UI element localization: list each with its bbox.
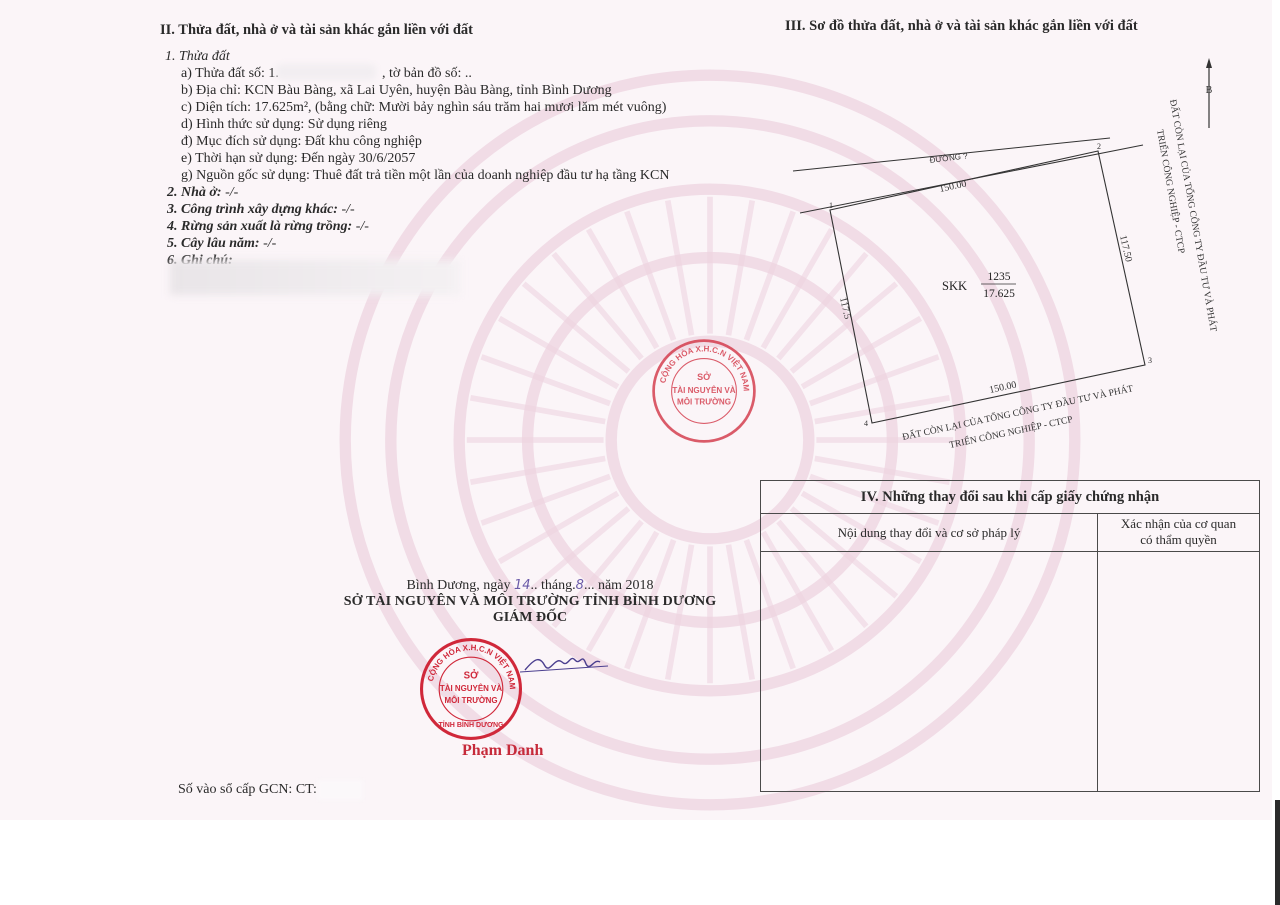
usage-purpose: đ) Mục đích sử dụng: Đất khu công nghiệp bbox=[181, 133, 422, 150]
parcel-number: a) Thửa đất số: 1. bbox=[181, 65, 279, 82]
parcel-diagram: B ĐƯỜNG ? 1 2 3 4 150.00 117.50 150.00 1… bbox=[780, 40, 1240, 480]
redacted-parcel-number bbox=[276, 64, 376, 80]
road-label: ĐƯỜNG ? bbox=[929, 151, 968, 165]
issue-date: Bình Dương, ngày 14.. tháng.8... năm 201… bbox=[330, 578, 730, 594]
issue-day: 14 bbox=[514, 578, 531, 593]
authority-confirmation-cell bbox=[1098, 552, 1259, 792]
parcel-code: SKK bbox=[942, 279, 967, 293]
svg-text:B: B bbox=[1206, 85, 1213, 96]
column-authority-line1: Xác nhận của cơ quan bbox=[1098, 516, 1259, 532]
item-perennial: 5. Cây lâu năm: -/- bbox=[167, 235, 276, 252]
area: c) Diện tích: 17.625m², (bằng chữ: Mười … bbox=[181, 99, 666, 116]
signature-block: Bình Dương, ngày 14.. tháng.8... năm 201… bbox=[330, 578, 730, 626]
column-authority-line2: có thẩm quyền bbox=[1098, 532, 1259, 548]
svg-text:2: 2 bbox=[1097, 142, 1101, 151]
edge-top-length: 150.00 bbox=[938, 178, 967, 194]
column-change-content: Nội dung thay đổi và cơ sở pháp lý bbox=[761, 514, 1098, 551]
svg-text:MÔI TRƯỜNG: MÔI TRƯỜNG bbox=[677, 398, 731, 407]
signer-role: GIÁM ĐỐC bbox=[330, 610, 730, 626]
redacted-registration bbox=[318, 780, 363, 800]
svg-text:3: 3 bbox=[1148, 356, 1152, 365]
seal-stamp: CỘNG HÒA X.H.C.N VIỆT NAM SỞ TÀI NGUYÊN … bbox=[417, 636, 525, 742]
parcel-boundary bbox=[830, 151, 1145, 423]
usage-origin: g) Nguồn gốc sử dụng: Thuê đất trả tiền … bbox=[181, 167, 669, 184]
svg-text:SỞ: SỞ bbox=[464, 669, 479, 681]
item-other-construction-label: 3. Công trình xây dựng khác: bbox=[167, 202, 338, 217]
issue-month: 8 bbox=[576, 578, 584, 593]
svg-text:1: 1 bbox=[829, 201, 833, 210]
svg-text:TÀI NGUYÊN VÀ: TÀI NGUYÊN VÀ bbox=[672, 386, 735, 395]
item-forest-label: 4. Rừng sản xuất là rừng trồng: bbox=[167, 219, 352, 234]
svg-text:MÔI TRƯỜNG: MÔI TRƯỜNG bbox=[444, 696, 497, 705]
usage-form: d) Hình thức sử dụng: Sử dụng riêng bbox=[181, 116, 387, 133]
svg-text:4: 4 bbox=[864, 419, 868, 428]
item-house-label: 2. Nhà ở: bbox=[167, 185, 222, 200]
registration-number: Số vào sổ cấp GCN: CT: bbox=[178, 782, 317, 798]
change-content-cell bbox=[761, 552, 1098, 792]
map-sheet-number: , tờ bản đồ số: .. bbox=[382, 65, 472, 82]
edge-left-length: 117.5 bbox=[837, 296, 853, 320]
section-2-title: II. Thửa đất, nhà ở và tài sản khác gắn … bbox=[160, 22, 473, 39]
land-parcel-heading: 1. Thửa đất bbox=[165, 48, 230, 65]
item-forest-value: -/- bbox=[352, 219, 369, 234]
svg-text:SỞ: SỞ bbox=[697, 371, 711, 382]
item-forest: 4. Rừng sản xuất là rừng trồng: -/- bbox=[167, 218, 369, 235]
item-house: 2. Nhà ở: -/- bbox=[167, 184, 238, 201]
item-other-construction: 3. Công trình xây dựng khác: -/- bbox=[167, 201, 355, 218]
item-perennial-value: -/- bbox=[260, 236, 277, 251]
item-perennial-label: 5. Cây lâu năm: bbox=[167, 236, 260, 251]
item-house-value: -/- bbox=[222, 185, 239, 200]
changes-table: IV. Những thay đổi sau khi cấp giấy chứn… bbox=[760, 480, 1260, 792]
section-3-title: III. Sơ đồ thửa đất, nhà ở và tài sản kh… bbox=[785, 18, 1138, 35]
usage-term: e) Thời hạn sử dụng: Đến ngày 30/6/2057 bbox=[181, 150, 415, 167]
page-edge bbox=[1275, 800, 1280, 905]
item-other-construction-value: -/- bbox=[338, 202, 355, 217]
svg-text:TÀI NGUYÊN VÀ: TÀI NGUYÊN VÀ bbox=[440, 684, 502, 693]
parcel-number-label: 1235 bbox=[988, 271, 1011, 283]
address: b) Địa chỉ: KCN Bàu Bàng, xã Lai Uyên, h… bbox=[181, 82, 612, 99]
signer-name: Phạm Danh bbox=[462, 742, 543, 760]
page-margin bbox=[0, 820, 1280, 905]
svg-text:TỈNH BÌNH DƯƠNG: TỈNH BÌNH DƯƠNG bbox=[438, 720, 504, 729]
issuing-organization: SỞ TÀI NGUYÊN VÀ MÔI TRƯỜNG TỈNH BÌNH DƯ… bbox=[330, 594, 730, 610]
north-arrow-icon: B bbox=[1206, 58, 1213, 128]
redacted-notes bbox=[170, 260, 460, 295]
parcel-area-label: 17.625 bbox=[983, 288, 1015, 300]
column-authority-confirmation: Xác nhận của cơ quan có thẩm quyền bbox=[1098, 514, 1259, 551]
seal-stamp-faint: CỘNG HÒA X.H.C.N VIỆT NAM SỞ TÀI NGUYÊN … bbox=[648, 337, 760, 445]
handwritten-signature bbox=[520, 648, 620, 678]
section-4-title: IV. Những thay đổi sau khi cấp giấy chứn… bbox=[761, 481, 1259, 514]
